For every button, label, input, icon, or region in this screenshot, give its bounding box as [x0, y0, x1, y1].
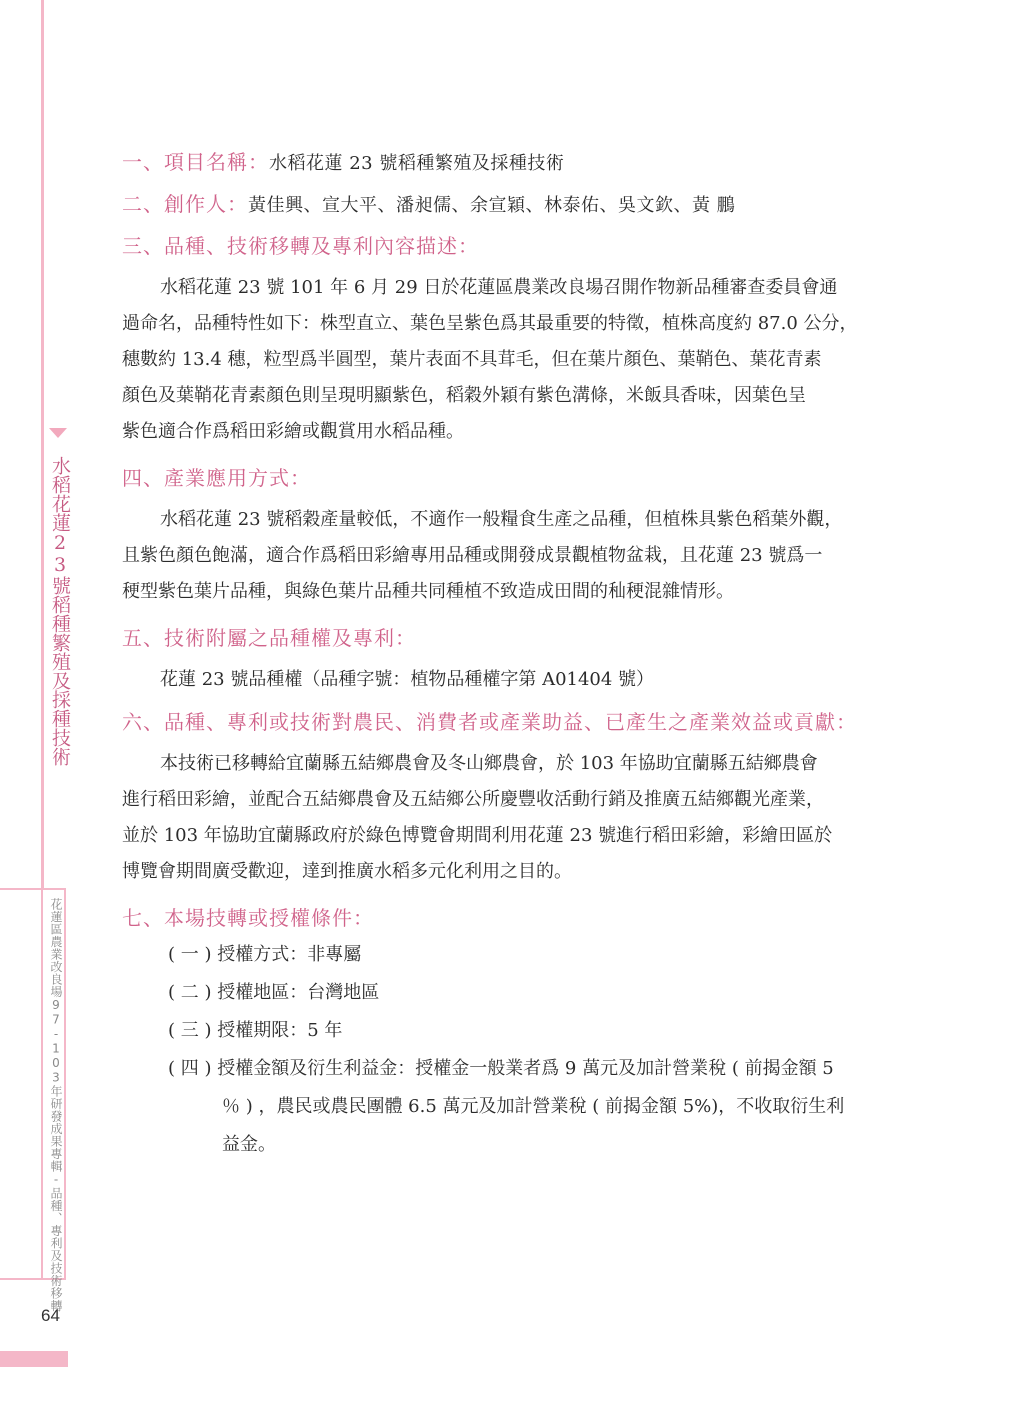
section-benefits-heading: 六、品種、專利或技術對農民、消費者或產業助益、已產生之產業效益或貢獻：: [122, 704, 924, 740]
section-creators: 二、創作人：黃佳興、宣大平、潘昶儒、余宣穎、林泰佑、吳文欽、黃 鵬: [122, 186, 924, 222]
section-description-body: 水稻花蓮 23 號 101 年 6 月 29 日於花蓮區農業改良場召開作物新品種…: [122, 270, 924, 450]
section-application-heading: 四、產業應用方式：: [122, 460, 924, 496]
paragraph-line: 水稻花蓮 23 號 101 年 6 月 29 日於花蓮區農業改良場召開作物新品種…: [122, 270, 924, 306]
license-condition-continuation: 益金。: [122, 1126, 924, 1164]
section-project-name: 一、項目名稱：水稻花蓮 23 號稻種繁殖及採種技術: [122, 144, 924, 180]
paragraph-line: 穗數約 13.4 穗，粒型爲半圓型，葉片表面不具茸毛，但在葉片顏色、葉鞘色、葉花…: [122, 342, 924, 378]
license-condition-item: ( 三 ) 授權期限：5 年: [122, 1012, 924, 1050]
license-conditions-list: ( 一 ) 授權方式：非專屬 ( 二 ) 授權地區：台灣地區 ( 三 ) 授權期…: [122, 936, 924, 1164]
paragraph-line: 水稻花蓮 23 號稻穀產量較低，不適作一般糧食生產之品種，但植株具紫色稻葉外觀，: [122, 502, 924, 538]
sidebar-horizontal-rule: [0, 888, 44, 890]
section-benefits-body: 本技術已移轉給宜蘭縣五結鄉農會及冬山鄉農會，於 103 年協助宜蘭縣五結鄉農會 …: [122, 746, 924, 890]
variety-rights-text: 花蓮 23 號品種權（品種字號：植物品種權字第 A01404 號）: [122, 662, 924, 698]
section-heading: 一、項目名稱：: [122, 150, 269, 174]
paragraph-line: 紫色適合作爲稻田彩繪或觀賞用水稻品種。: [122, 414, 924, 450]
section-description-heading: 三、品種、技術移轉及專利內容描述：: [122, 228, 924, 264]
triangle-marker-icon: [49, 428, 67, 438]
license-condition-continuation: ％ ) ，農民或農民團體 6.5 萬元及加計營業稅 ( 前揭金額 5%)，不收取…: [122, 1088, 924, 1126]
page-number: 64: [41, 1306, 60, 1326]
section-license-heading: 七、本場技轉或授權條件：: [122, 900, 924, 936]
license-condition-item: ( 一 ) 授權方式：非專屬: [122, 936, 924, 974]
sidebar-bottom-rule: [0, 1278, 44, 1280]
paragraph-line: 過命名，品種特性如下：株型直立、葉色呈紫色爲其最重要的特徵，植株高度約 87.0…: [122, 306, 924, 342]
paragraph-line: 並於 103 年協助宜蘭縣政府於綠色博覽會期間利用花蓮 23 號進行稻田彩繪，彩…: [122, 818, 924, 854]
chapter-title-vertical: 水稻花蓮23號稻種繁殖及採種技術: [47, 456, 73, 766]
book-title-vertical: 花蓮區農業改良場97-103年研發成果專輯-品種、專利及技術移轉: [44, 898, 66, 1312]
paragraph-line: 博覽會期間廣受歡迎，達到推廣水稻多元化利用之目的。: [122, 854, 924, 890]
paragraph-line: 進行稻田彩繪，並配合五結鄉農會及五結鄉公所慶豐收活動行銷及推廣五結鄉觀光產業，: [122, 782, 924, 818]
license-condition-item: ( 四 ) 授權金額及衍生利益金：授權金一般業者爲 9 萬元及加計營業稅 ( 前…: [122, 1050, 924, 1088]
creators-value: 黃佳興、宣大平、潘昶儒、余宣穎、林泰佑、吳文欽、黃 鵬: [248, 195, 735, 216]
section-application-body: 水稻花蓮 23 號稻穀產量較低，不適作一般糧食生產之品種，但植株具紫色稻葉外觀，…: [122, 502, 924, 610]
document-body: 一、項目名稱：水稻花蓮 23 號稻種繁殖及採種技術 二、創作人：黃佳興、宣大平、…: [122, 144, 924, 1164]
project-name-value: 水稻花蓮 23 號稻種繁殖及採種技術: [269, 153, 564, 174]
sidebar-vertical-rule: [41, 0, 44, 890]
section-rights-heading: 五、技術附屬之品種權及專利：: [122, 620, 924, 656]
paragraph-line: 顏色及葉鞘花青素顏色則呈現明顯紫色，稻穀外穎有紫色溝條，米飯具香味，因葉色呈: [122, 378, 924, 414]
paragraph-line: 且紫色顏色飽滿，適合作爲稻田彩繪專用品種或開發成景觀植物盆栽，且花蓮 23 號爲…: [122, 538, 924, 574]
paragraph-line: 稉型紫色葉片品種，與綠色葉片品種共同種植不致造成田間的秈稉混雜情形。: [122, 574, 924, 610]
section-heading: 二、創作人：: [122, 192, 248, 216]
license-condition-item: ( 二 ) 授權地區：台灣地區: [122, 974, 924, 1012]
paragraph-line: 本技術已移轉給宜蘭縣五結鄉農會及冬山鄉農會，於 103 年協助宜蘭縣五結鄉農會: [122, 746, 924, 782]
page-tab-bar: [0, 1351, 68, 1367]
